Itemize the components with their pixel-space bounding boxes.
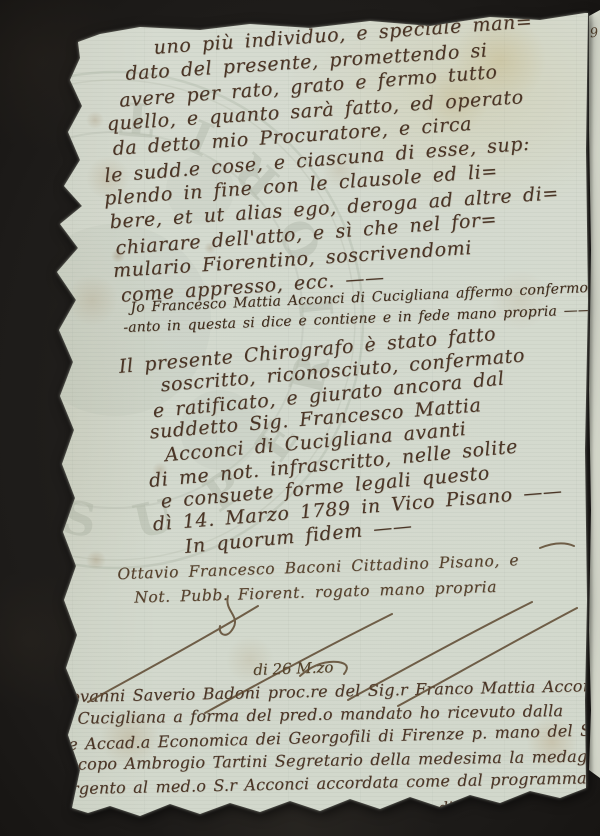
manuscript-page: S U P E R I O R I T A uno più individuo,… (0, 0, 600, 836)
manuscript-sheet-wrap: S U P E R I O R I T A uno più individuo,… (0, 0, 600, 836)
receipt-block: Io Giovanni Saverio Badoni proc.re del S… (28, 674, 600, 801)
receipt-date-line: di 26 M.zo (253, 658, 334, 679)
mandate-block: uno più individuo, e speciale man= dato … (95, 8, 565, 308)
notary-block: Il presente Chirografo è stato fatto sos… (118, 318, 565, 562)
catchword: di (438, 798, 453, 817)
manuscript-photo: { "document": { "kind": "handwritten man… (0, 0, 600, 836)
